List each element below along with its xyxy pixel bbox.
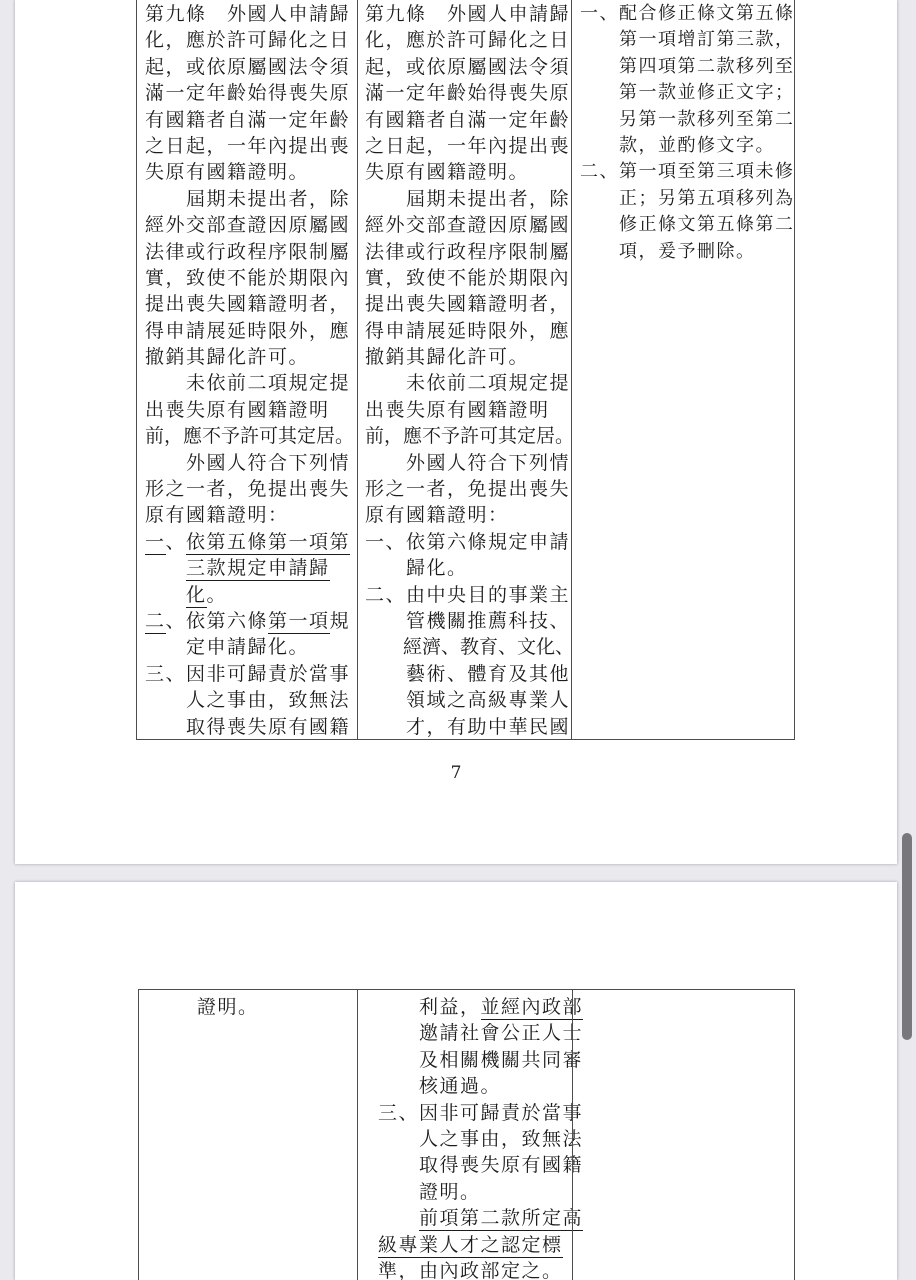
text-line: 歸化。 [365, 555, 571, 581]
text-line: 一、依第六條規定申請 [365, 529, 571, 555]
text-segment: 屆期未提出者，除 [365, 188, 570, 210]
text-line: 未依前二項規定提 [145, 370, 357, 396]
text-line: 外國人符合下列情 [145, 450, 357, 476]
text-segment [145, 557, 186, 579]
text-line: 有國籍者自滿一定年齡 [365, 107, 571, 133]
text-segment: 外國人符合下列情 [145, 452, 350, 474]
text-line: 提出喪失國籍證明者， [365, 291, 571, 317]
text-segment: 原有國籍證明： [145, 504, 289, 526]
text-line: 原有國籍證明： [365, 502, 571, 528]
text-segment: 提出喪失國籍證明者， [365, 293, 570, 315]
underlined-text-segment: 級專業人才之認定標 [378, 1234, 563, 1258]
text-line: 前，應不予許可其定居。 [145, 423, 357, 449]
text-segment: 經外交部查證因原屬國 [145, 214, 350, 236]
text-line: 第四項第二款移列至 [580, 54, 794, 80]
underlined-text-segment: 化 [186, 584, 207, 608]
text-segment: 有國籍者自滿一定年齡 [365, 109, 570, 131]
text-line: 修正條文第五條第二 [580, 212, 794, 238]
text-line: 三、因非可歸責於當事 [378, 1100, 572, 1126]
underlined-text-segment: 三款規定申請歸 [186, 557, 330, 581]
text-line: 滿一定年齡始得喪失原 [365, 80, 571, 106]
text-line: 得申請展延時限外，應 [145, 318, 357, 344]
text-line: 滿一定年齡始得喪失原 [145, 80, 357, 106]
text-line: 外國人符合下列情 [365, 450, 571, 476]
document-page-7: 第九條 外國人申請歸化，應於許可歸化之日起，或依原屬國法令須滿一定年齡始得喪失原… [15, 0, 897, 864]
text-segment [145, 584, 186, 606]
text-line: 邀請社會公正人士 [378, 1020, 572, 1046]
text-segment: 取得喪失原有國籍 [145, 716, 350, 738]
text-line: 屆期未提出者，除 [365, 186, 571, 212]
text-segment: 滿一定年齡始得喪失原 [145, 82, 350, 104]
underlined-text-segment: 依第五條第一項第 [186, 531, 350, 555]
underlined-text-segment: 並經內政部 [481, 996, 584, 1020]
text-line: 出喪失原有國籍證明 [365, 397, 571, 423]
explanation-column [572, 990, 794, 1280]
text-segment: 歸化。 [365, 557, 468, 579]
text-line: 法律或行政程序限制屬 [365, 239, 571, 265]
text-line: 起，或依原屬國法令須 [145, 54, 357, 80]
text-segment: 實，致使不能於期限內 [145, 267, 350, 289]
text-line: 及相關機關共同審 [378, 1047, 572, 1073]
text-line: 管機關推薦科技、 [365, 608, 571, 634]
text-segment [378, 1207, 419, 1229]
comparison-table-page-8: 證明。 利益，並經內政部 邀請社會公正人士 及相關機關共同審 核通過。三、因非可… [138, 989, 795, 1280]
underlined-text-segment: 一 [145, 531, 166, 555]
text-segment: 形之一者，免提出喪失 [365, 478, 570, 500]
text-line: 提出喪失國籍證明者， [145, 291, 357, 317]
text-line: 形之一者，免提出喪失 [365, 476, 571, 502]
text-line: 定申請歸化。 [145, 634, 357, 660]
text-line: 前，應不予許可其定居。 [365, 423, 571, 449]
text-line: 屆期未提出者，除 [145, 186, 357, 212]
underlined-text-segment: 準，由內政部定之。 [378, 1260, 563, 1280]
text-segment: 得申請展延時限外，應 [145, 320, 350, 342]
text-segment: 撤銷其歸化許可。 [365, 346, 529, 368]
text-line: 一、配合修正條文第五條 [580, 1, 794, 27]
text-line: 級專業人才之認定標 [378, 1232, 572, 1258]
text-line: 三、因非可歸責於當事 [145, 661, 357, 687]
text-segment: 邀請社會公正人士 [378, 1022, 583, 1044]
text-line: 化，應於許可歸化之日 [145, 27, 357, 53]
text-segment: 實，致使不能於期限內 [365, 267, 570, 289]
text-line: 失原有國籍證明。 [145, 159, 357, 185]
text-segment: 一、配合修正條文第五條 [580, 3, 795, 24]
text-line: 出喪失原有國籍證明 [145, 397, 357, 423]
current-text-column: 利益，並經內政部 邀請社會公正人士 及相關機關共同審 核通過。三、因非可歸責於當… [357, 990, 572, 1280]
text-segment: 項，爰予刪除。 [580, 241, 756, 262]
text-segment: 人之事由，致無法 [145, 689, 350, 711]
text-line: 取得喪失原有國籍 [145, 714, 357, 740]
text-line: 經外交部查證因原屬國 [365, 212, 571, 238]
text-segment: 提出喪失國籍證明者， [145, 293, 350, 315]
text-line: 藝術、體育及其他 [365, 661, 571, 687]
text-line: 項，爰予刪除。 [580, 239, 794, 265]
text-segment: 得申請展延時限外，應 [365, 320, 570, 342]
text-segment: 藝術、體育及其他 [365, 663, 570, 685]
text-segment: 形之一者，免提出喪失 [145, 478, 350, 500]
text-segment: 管機關推薦科技、 [365, 610, 570, 632]
explanation-column: 一、配合修正條文第五條 第一項增訂第三款， 第四項第二款移列至 第一款並修正文字… [571, 0, 794, 739]
amended-text-column: 第九條 外國人申請歸化，應於許可歸化之日起，或依原屬國法令須滿一定年齡始得喪失原… [137, 0, 357, 739]
text-line: 前項第二款所定高 [378, 1205, 572, 1231]
text-segment: 第九條 外國人申請歸 [365, 3, 570, 25]
text-segment: 利益， [378, 996, 481, 1018]
text-segment: 第一款並修正文字； [580, 82, 795, 103]
text-segment: 正；另第五項移列為 [580, 188, 795, 209]
text-line: 實，致使不能於期限內 [365, 265, 571, 291]
text-segment: 化，應於許可歸化之日 [365, 29, 570, 51]
text-segment: 三、因非可歸責於當事 [145, 663, 350, 685]
text-segment: 經濟、教育、文化、 [365, 636, 574, 658]
text-line: 第九條 外國人申請歸 [365, 1, 571, 27]
text-line: 第一項增訂第三款， [580, 27, 794, 53]
text-line: 款，並酌修文字。 [580, 133, 794, 159]
text-line: 證明。 [378, 1179, 572, 1205]
text-segment: 法律或行政程序限制屬 [365, 241, 570, 263]
text-segment: 、依第六條 [166, 610, 269, 632]
text-segment: 未依前二項規定提 [365, 372, 570, 394]
text-segment: 前，應不予許可其定居。 [145, 425, 354, 447]
text-segment: 款，並酌修文字。 [580, 135, 775, 156]
text-segment: 之日起，一年內提出喪 [145, 135, 350, 157]
text-line: 實，致使不能於期限內 [145, 265, 357, 291]
text-line: 正；另第五項移列為 [580, 186, 794, 212]
text-line: 人之事由，致無法 [378, 1126, 572, 1152]
text-segment: 第九條 外國人申請歸 [145, 3, 350, 25]
document-page-8: 證明。 利益，並經內政部 邀請社會公正人士 及相關機關共同審 核通過。三、因非可… [15, 882, 897, 1280]
text-line: 第一款並修正文字； [580, 80, 794, 106]
text-line: 形之一者，免提出喪失 [145, 476, 357, 502]
text-segment: 證明。 [378, 1181, 481, 1203]
text-line: 利益，並經內政部 [378, 994, 572, 1020]
text-segment: 第一項增訂第三款， [580, 29, 795, 50]
text-line: 三款規定申請歸 [145, 555, 357, 581]
text-line: 失原有國籍證明。 [365, 159, 571, 185]
text-segment: 定申請歸化。 [145, 636, 309, 658]
text-segment: 外國人符合下列情 [365, 452, 570, 474]
underlined-text-segment: 前項第二款所定高 [419, 1207, 583, 1231]
text-line: 另第一款移列至第二 [580, 107, 794, 133]
text-segment: 撤銷其歸化許可。 [145, 346, 309, 368]
text-segment: 失原有國籍證明。 [365, 161, 529, 183]
text-segment: 經外交部查證因原屬國 [365, 214, 570, 236]
text-segment: 原有國籍證明： [365, 504, 509, 526]
text-segment: 領域之高級專業人 [365, 689, 570, 711]
text-segment: 起，或依原屬國法令須 [145, 56, 350, 78]
amended-text-column: 證明。 [139, 990, 357, 1280]
text-segment: 取得喪失原有國籍 [378, 1154, 583, 1176]
text-line: 化，應於許可歸化之日 [365, 27, 571, 53]
text-segment: 滿一定年齡始得喪失原 [365, 82, 570, 104]
text-line: 證明。 [156, 994, 357, 1020]
text-segment: 、 [166, 531, 187, 553]
text-segment: 化，應於許可歸化之日 [145, 29, 350, 51]
document-viewer: { "colors":{ "background":"#e9e9ee", "pa… [0, 0, 916, 1280]
text-segment: 才，有助中華民國 [365, 716, 570, 738]
text-line: 人之事由，致無法 [145, 687, 357, 713]
text-segment: 起，或依原屬國法令須 [365, 56, 570, 78]
text-line: 法律或行政程序限制屬 [145, 239, 357, 265]
text-line: 原有國籍證明： [145, 502, 357, 528]
text-segment: 二、由中央目的事業主 [365, 584, 570, 606]
text-line: 取得喪失原有國籍 [378, 1152, 572, 1178]
underlined-text-segment: 二 [145, 610, 166, 634]
text-line: 化。 [145, 582, 357, 608]
text-segment: 及相關機關共同審 [378, 1049, 583, 1071]
text-line: 有國籍者自滿一定年齡 [145, 107, 357, 133]
text-segment: 核通過。 [378, 1075, 501, 1097]
text-line: 一、依第五條第一項第 [145, 529, 357, 555]
underlined-text-segment: 第一項 [268, 610, 330, 634]
text-segment: 修正條文第五條第二 [580, 214, 795, 235]
text-segment: 人之事由，致無法 [378, 1128, 583, 1150]
text-line: 之日起，一年內提出喪 [145, 133, 357, 159]
text-line: 得申請展延時限外，應 [365, 318, 571, 344]
text-line: 準，由內政部定之。 [378, 1258, 572, 1280]
text-segment: 之日起，一年內提出喪 [365, 135, 570, 157]
page-number: 7 [15, 763, 897, 783]
text-line: 未依前二項規定提 [365, 370, 571, 396]
text-line: 二、由中央目的事業主 [365, 582, 571, 608]
text-line: 經濟、教育、文化、 [365, 634, 571, 660]
scrollbar-track[interactable] [899, 0, 916, 1280]
text-segment: 一、依第六條規定申請 [365, 531, 570, 553]
text-line: 經外交部查證因原屬國 [145, 212, 357, 238]
text-segment: 法律或行政程序限制屬 [145, 241, 350, 263]
text-segment: 。 [207, 584, 228, 606]
text-line: 撤銷其歸化許可。 [145, 344, 357, 370]
text-line: 核通過。 [378, 1073, 572, 1099]
text-line: 之日起，一年內提出喪 [365, 133, 571, 159]
text-line: 撤銷其歸化許可。 [365, 344, 571, 370]
text-segment: 有國籍者自滿一定年齡 [145, 109, 350, 131]
text-line: 才，有助中華民國 [365, 714, 571, 740]
text-segment: 前，應不予許可其定居。 [365, 425, 574, 447]
text-segment: 屆期未提出者，除 [145, 188, 350, 210]
text-segment: 第四項第二款移列至 [580, 56, 795, 77]
text-segment: 證明。 [156, 996, 259, 1018]
text-segment: 出喪失原有國籍證明 [145, 399, 330, 421]
text-line: 二、第一項至第三項未修 [580, 159, 794, 185]
text-segment: 未依前二項規定提 [145, 372, 350, 394]
scrollbar-thumb[interactable] [902, 833, 912, 1040]
text-segment: 另第一款移列至第二 [580, 109, 795, 130]
text-segment: 二、第一項至第三項未修 [580, 161, 795, 182]
current-text-column: 第九條 外國人申請歸化，應於許可歸化之日起，或依原屬國法令須滿一定年齡始得喪失原… [357, 0, 571, 739]
text-line: 第九條 外國人申請歸 [145, 1, 357, 27]
text-line: 二、依第六條第一項規 [145, 608, 357, 634]
text-segment: 失原有國籍證明。 [145, 161, 309, 183]
text-segment: 出喪失原有國籍證明 [365, 399, 550, 421]
comparison-table-page-7: 第九條 外國人申請歸化，應於許可歸化之日起，或依原屬國法令須滿一定年齡始得喪失原… [136, 0, 795, 740]
text-line: 起，或依原屬國法令須 [365, 54, 571, 80]
text-line: 領域之高級專業人 [365, 687, 571, 713]
text-segment: 規 [330, 610, 351, 632]
text-segment: 三、因非可歸責於當事 [378, 1102, 583, 1124]
